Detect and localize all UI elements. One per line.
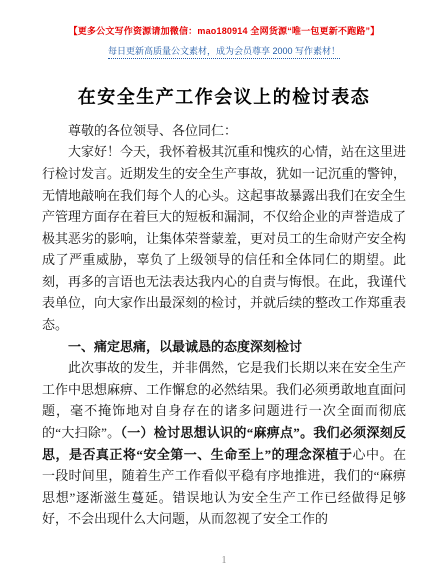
promo-header-line1: 【更多公文写作资源请加微信：mao180914 全网货源“唯一包更新不跑路”】	[0, 25, 448, 37]
bold-text-run: 一、痛定思痛，以最诚恳的态度深刻检讨	[68, 339, 302, 354]
document-page: 【更多公文写作资源请加微信：mao180914 全网货源“唯一包更新不跑路”】 …	[0, 0, 448, 580]
page-title: 在安全生产工作会议上的检讨表态	[42, 83, 406, 109]
paragraph: 此次事故的发生，并非偶然，它是我们长期以来在安全生产工作中思想麻痹、工作懈怠的必…	[42, 357, 406, 530]
paragraph: 大家好！今天，我怀着极其沉重和愧疚的心情，站在这里进行检讨发言。近期发生的安全生…	[42, 141, 406, 335]
page-number: 1	[222, 555, 227, 566]
document-body: 尊敬的各位领导、各位同仁：大家好！今天，我怀着极其沉重和愧疚的心情，站在这里进行…	[42, 120, 406, 530]
promo-header: 【更多公文写作资源请加微信：mao180914 全网货源“唯一包更新不跑路”】 …	[0, 0, 448, 61]
promo-header-line2: 每日更新高质量公文素材，成为会员尊享 2000 写作素材！	[108, 45, 340, 59]
page-footer: 1	[0, 555, 448, 566]
paragraph: 一、痛定思痛，以最诚恳的态度深刻检讨	[42, 336, 406, 358]
paragraph: 尊敬的各位领导、各位同仁：	[42, 120, 406, 142]
promo-header-line2-wrap: 每日更新高质量公文素材，成为会员尊享 2000 写作素材！	[0, 39, 448, 61]
text-run: 尊敬的各位领导、各位同仁：	[68, 123, 237, 138]
text-run: 大家好！今天，我怀着极其沉重和愧疚的心情，站在这里进行检讨发言。近期发生的安全生…	[42, 144, 406, 332]
